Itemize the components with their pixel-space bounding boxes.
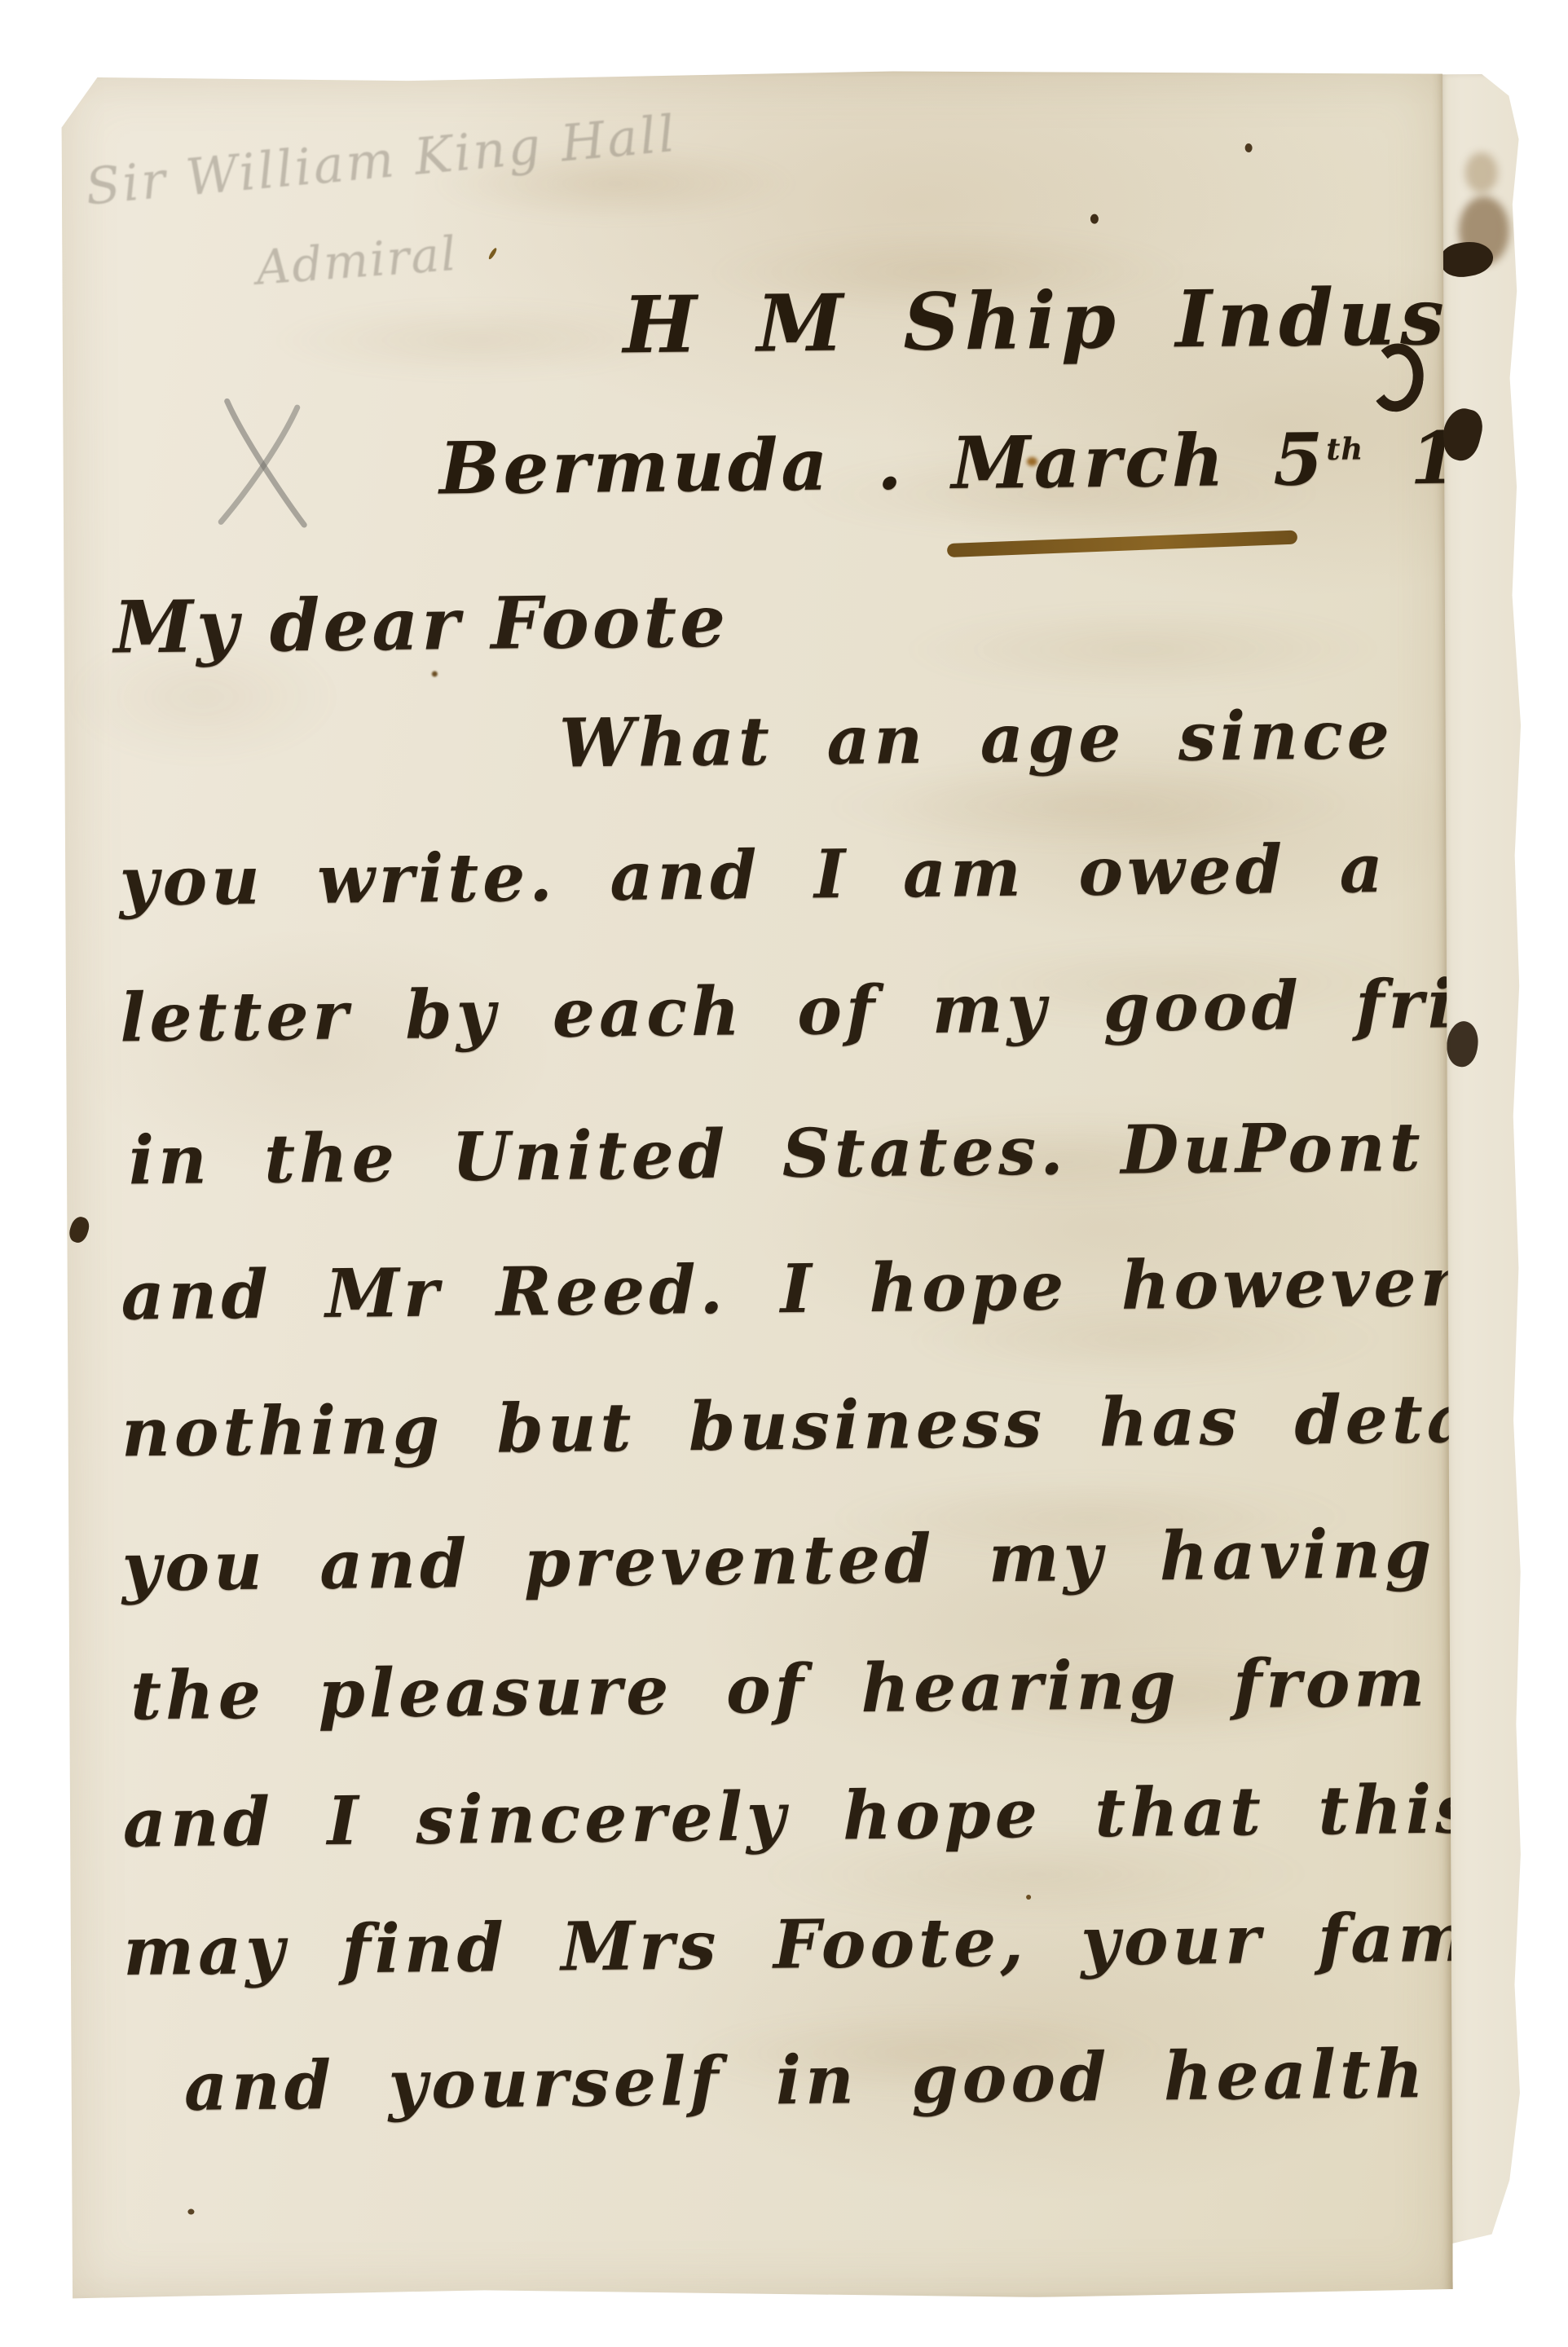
ink-mark (1438, 405, 1487, 465)
pencil-x-mark (211, 391, 318, 534)
dateline-place: Bermuda . (438, 421, 905, 511)
ink-stain (1465, 152, 1498, 193)
body-line: you and prevented my having (121, 1515, 1436, 1607)
foxing-speck (1245, 143, 1253, 152)
foxing-speck (187, 2209, 194, 2215)
body-line: and Mr Reed. I hope however (121, 1243, 1460, 1335)
foxing-speck (1090, 214, 1099, 224)
ink-mark (1443, 1019, 1482, 1069)
body-line: in the United States. DuPont (128, 1108, 1425, 1200)
body-line: letter by each of my good friends (120, 963, 1568, 1058)
body-line: you write. and I am owed a (119, 830, 1387, 921)
ink-dash (1542, 515, 1568, 544)
letterhead-ship: H M Ship Indus. (623, 270, 1482, 371)
body-line: and yourself in good health (183, 2035, 1428, 2126)
date-superscript: th (1326, 430, 1363, 466)
pencil-annotation-owner: Sir William King Hall (83, 103, 680, 217)
photo-stage: Sir William King Hall Admiral H M Ship I… (0, 0, 1568, 2347)
salutation: My dear Foote (113, 579, 729, 670)
foxing-speck (432, 671, 438, 676)
body-line: and I sincerely hope that this (122, 1770, 1477, 1862)
dateline-month-wrap: March (951, 417, 1227, 505)
letter-page: Sir William King Hall Admiral H M Ship I… (61, 69, 1453, 2301)
body-line: What an age since (559, 696, 1394, 783)
dateline: Bermuda . March 5th 1860 (438, 413, 1568, 510)
foxing-speck (1026, 1895, 1031, 1900)
foxing-speck (1027, 457, 1037, 466)
dateline-month: March (951, 417, 1227, 505)
ink-fleck-edge (67, 1214, 92, 1244)
foxing-speck (487, 247, 498, 260)
body-line: nothing but business has detained (121, 1378, 1568, 1473)
ink-underline (947, 531, 1297, 557)
pencil-annotation-rank: Admiral (254, 226, 460, 296)
letter-photo: Sir William King Hall Admiral H M Ship I… (0, 0, 1568, 2347)
body-line: may find Mrs Foote, your family (123, 1897, 1568, 1991)
body-line: the pleasure of hearing from you. (130, 1641, 1568, 1736)
dateline-day: 5 (1273, 416, 1327, 502)
